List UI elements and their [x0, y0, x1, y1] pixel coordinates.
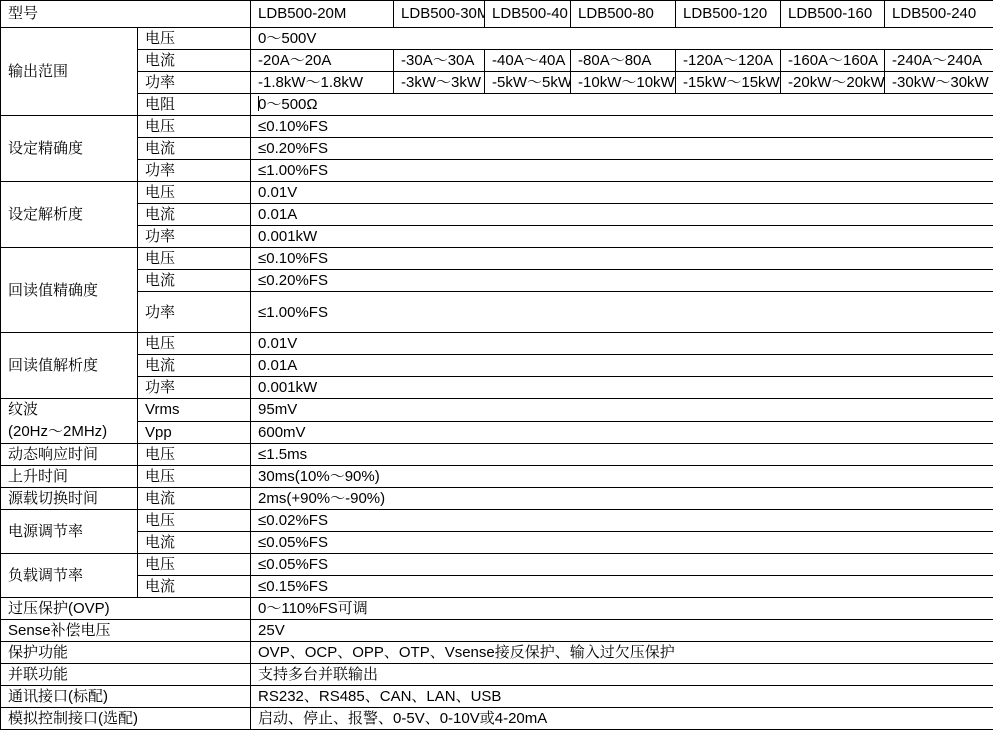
spec-value: ≤0.20%FS	[251, 270, 993, 292]
set-accuracy-label: 设定精确度	[1, 116, 138, 182]
power-sub-label: 功率	[138, 72, 251, 94]
spec-sheet-page: 型号 LDB500-20M LDB500-30M LDB500-40 LDB50…	[0, 0, 993, 731]
set-resolution-label: 设定解析度	[1, 182, 138, 248]
current-range-value: -80A～80A	[571, 50, 676, 72]
spec-value: ≤0.02%FS	[251, 510, 993, 532]
sub-label: 电压	[138, 333, 251, 355]
sub-label: 电压	[138, 182, 251, 204]
resistance-range-value: 0～500Ω	[258, 96, 318, 113]
table-row: 电阻 0～500Ω	[1, 94, 993, 116]
source-load-switch-label: 源载切换时间	[1, 488, 138, 510]
spec-value: 25V	[251, 620, 993, 642]
model-header-label: 型号	[1, 1, 251, 28]
sub-label: 功率	[138, 292, 251, 333]
sub-label: 电流	[138, 576, 251, 598]
table-row: 纹波 (20Hz～2MHz) Vrms 95mV	[1, 399, 993, 422]
spec-value: ≤1.00%FS	[251, 292, 993, 333]
spec-value: ≤0.05%FS	[251, 532, 993, 554]
sub-label: 电流	[138, 204, 251, 226]
ripple-label-line2: (20Hz～2MHz)	[8, 421, 133, 443]
power-range-value: -15kW～15kW	[676, 72, 781, 94]
dynamic-response-label: 动态响应时间	[1, 444, 138, 466]
sub-label: 电流	[138, 270, 251, 292]
voltage-sub-label: 电压	[138, 28, 251, 50]
sub-label: 电压	[138, 466, 251, 488]
table-row: 电流 0.01A	[1, 204, 993, 226]
voltage-range-value: 0～500V	[251, 28, 993, 50]
power-range-value: -10kW～10kW	[571, 72, 676, 94]
spec-value: ≤0.15%FS	[251, 576, 993, 598]
sub-label: 电压	[138, 444, 251, 466]
table-row: 电流 0.01A	[1, 355, 993, 377]
model-header-cell: LDB500-240	[885, 1, 993, 28]
spec-value: 0.01A	[251, 204, 993, 226]
table-row: 过压保护(OVP) 0～110%FS可调	[1, 598, 993, 620]
spec-value: 0.01V	[251, 333, 993, 355]
table-row: 上升时间 电压 30ms(10%～90%)	[1, 466, 993, 488]
power-range-value: -3kW～3kW	[394, 72, 485, 94]
current-range-value: -40A～40A	[485, 50, 571, 72]
spec-value: 0.01A	[251, 355, 993, 377]
table-row: 负载调节率 电压 ≤0.05%FS	[1, 554, 993, 576]
table-row: 电流 ≤0.05%FS	[1, 532, 993, 554]
sub-label: 电流	[138, 138, 251, 160]
current-sub-label: 电流	[138, 50, 251, 72]
table-row: 回读值解析度 电压 0.01V	[1, 333, 993, 355]
sub-label: 电压	[138, 554, 251, 576]
analog-control-interface-label: 模拟控制接口(选配)	[1, 708, 251, 730]
spec-value: ≤0.20%FS	[251, 138, 993, 160]
sense-compensation-label: Sense补偿电压	[1, 620, 251, 642]
spec-value: ≤0.10%FS	[251, 116, 993, 138]
spec-value: 启动、停止、报警、0-5V、0-10V或4-20mA	[251, 708, 993, 730]
sub-label: Vrms	[138, 399, 251, 422]
power-range-value: -1.8kW～1.8kW	[251, 72, 394, 94]
model-header-cell: LDB500-80	[571, 1, 676, 28]
resistance-range-cell: 0～500Ω	[251, 94, 993, 116]
ripple-label-line1: 纹波	[8, 399, 133, 421]
model-header-cell: LDB500-40	[485, 1, 571, 28]
current-range-value: -160A～160A	[781, 50, 885, 72]
table-row: Sense补偿电压 25V	[1, 620, 993, 642]
spec-value: ≤0.05%FS	[251, 554, 993, 576]
spec-value: 0～110%FS可调	[251, 598, 993, 620]
spec-value: 支持多台并联输出	[251, 664, 993, 686]
spec-value: 600mV	[251, 421, 993, 444]
ripple-label: 纹波 (20Hz～2MHz)	[1, 399, 138, 444]
table-row: 电流 ≤0.20%FS	[1, 138, 993, 160]
table-row: 功率 0.001kW	[1, 226, 993, 248]
sub-label: 电压	[138, 248, 251, 270]
model-header-row: 型号 LDB500-20M LDB500-30M LDB500-40 LDB50…	[1, 1, 993, 28]
current-range-value: -30A～30A	[394, 50, 485, 72]
spec-value: 0.01V	[251, 182, 993, 204]
readback-accuracy-label: 回读值精确度	[1, 248, 138, 333]
spec-value: ≤1.5ms	[251, 444, 993, 466]
rise-time-label: 上升时间	[1, 466, 138, 488]
spec-value: ≤1.00%FS	[251, 160, 993, 182]
model-header-cell: LDB500-160	[781, 1, 885, 28]
table-row: 并联功能 支持多台并联输出	[1, 664, 993, 686]
table-row: 电流 -20A～20A -30A～30A -40A～40A -80A～80A -…	[1, 50, 993, 72]
spec-value: 30ms(10%～90%)	[251, 466, 993, 488]
sub-label: 功率	[138, 377, 251, 399]
table-row: 电流 ≤0.20%FS	[1, 270, 993, 292]
power-range-value: -5kW～5kW	[485, 72, 571, 94]
table-row: 功率 ≤1.00%FS	[1, 160, 993, 182]
model-header-cell: LDB500-120	[676, 1, 781, 28]
spec-value: 95mV	[251, 399, 993, 422]
spec-value: 2ms(+90%～-90%)	[251, 488, 993, 510]
table-row: 功率 0.001kW	[1, 377, 993, 399]
spec-value: 0.001kW	[251, 226, 993, 248]
sub-label: 电流	[138, 488, 251, 510]
table-row: 设定精确度 电压 ≤0.10%FS	[1, 116, 993, 138]
spec-table: 型号 LDB500-20M LDB500-30M LDB500-40 LDB50…	[0, 0, 993, 730]
protection-functions-label: 保护功能	[1, 642, 251, 664]
spec-value: ≤0.10%FS	[251, 248, 993, 270]
current-range-value: -120A～120A	[676, 50, 781, 72]
sub-label: 功率	[138, 226, 251, 248]
sub-label: 电流	[138, 532, 251, 554]
load-regulation-label: 负载调节率	[1, 554, 138, 598]
table-row: 电源调节率 电压 ≤0.02%FS	[1, 510, 993, 532]
line-regulation-label: 电源调节率	[1, 510, 138, 554]
output-range-label: 输出范围	[1, 28, 138, 116]
sub-label: 电压	[138, 116, 251, 138]
table-row: 保护功能 OVP、OCP、OPP、OTP、Vsense接反保护、输入过欠压保护	[1, 642, 993, 664]
sub-label: 电压	[138, 510, 251, 532]
sub-label: 电流	[138, 355, 251, 377]
table-row: 设定解析度 电压 0.01V	[1, 182, 993, 204]
power-range-value: -30kW～30kW	[885, 72, 993, 94]
model-header-cell: LDB500-20M	[251, 1, 394, 28]
current-range-value: -240A～240A	[885, 50, 993, 72]
resistance-sub-label: 电阻	[138, 94, 251, 116]
current-range-value: -20A～20A	[251, 50, 394, 72]
table-row: 回读值精确度 电压 ≤0.10%FS	[1, 248, 993, 270]
spec-value: RS232、RS485、CAN、LAN、USB	[251, 686, 993, 708]
readback-resolution-label: 回读值解析度	[1, 333, 138, 399]
table-row: 功率 ≤1.00%FS	[1, 292, 993, 333]
table-row: Vpp 600mV	[1, 421, 993, 444]
comm-interface-label: 通讯接口(标配)	[1, 686, 251, 708]
table-row: 电流 ≤0.15%FS	[1, 576, 993, 598]
spec-value: 0.001kW	[251, 377, 993, 399]
table-row: 功率 -1.8kW～1.8kW -3kW～3kW -5kW～5kW -10kW～…	[1, 72, 993, 94]
table-row: 模拟控制接口(选配) 启动、停止、报警、0-5V、0-10V或4-20mA	[1, 708, 993, 730]
sub-label: Vpp	[138, 421, 251, 444]
table-row: 输出范围 电压 0～500V	[1, 28, 993, 50]
parallel-function-label: 并联功能	[1, 664, 251, 686]
model-header-cell: LDB500-30M	[394, 1, 485, 28]
table-row: 源载切换时间 电流 2ms(+90%～-90%)	[1, 488, 993, 510]
spec-value: OVP、OCP、OPP、OTP、Vsense接反保护、输入过欠压保护	[251, 642, 993, 664]
sub-label: 功率	[138, 160, 251, 182]
power-range-value: -20kW～20kW	[781, 72, 885, 94]
ovp-label: 过压保护(OVP)	[1, 598, 251, 620]
table-row: 动态响应时间 电压 ≤1.5ms	[1, 444, 993, 466]
table-row: 通讯接口(标配) RS232、RS485、CAN、LAN、USB	[1, 686, 993, 708]
